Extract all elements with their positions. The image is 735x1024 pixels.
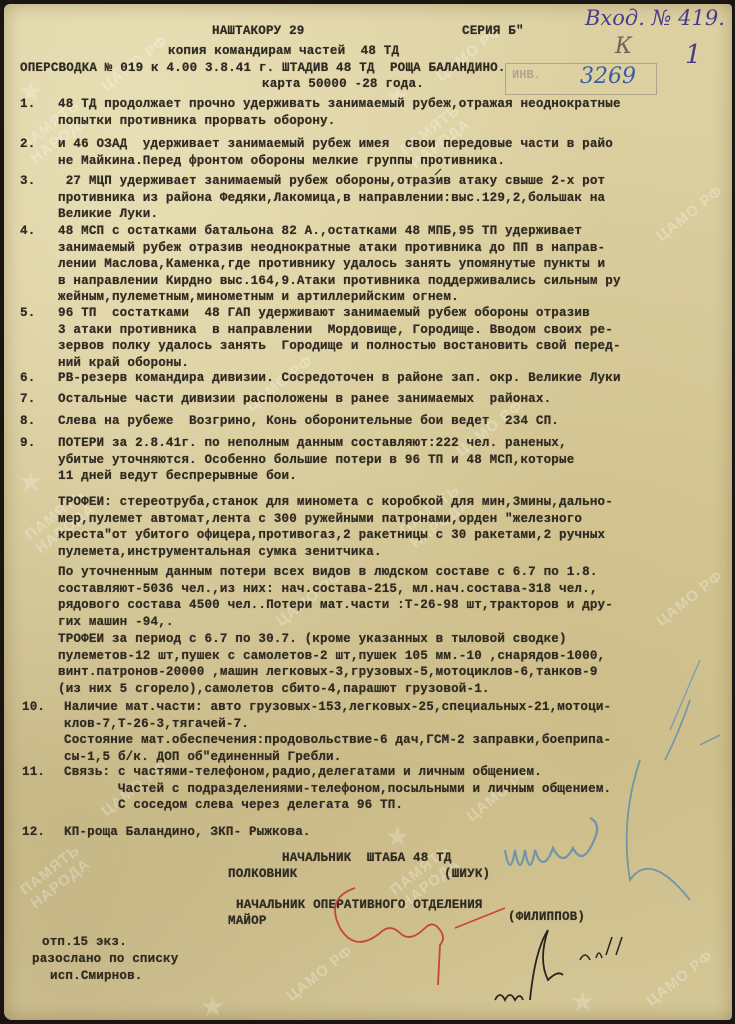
item-text-line: ПОТЕРИ за 2.8.41г. по неполным данным со…	[58, 436, 567, 450]
item-text-line: 27 МЦП удерживает занимаемый рубеж оборо…	[58, 174, 605, 188]
item-text-line: Связь: с частями-телефоном,радио,делегат…	[64, 765, 542, 779]
item-text-line: в направлении Кирдно выс.164,9.Атаки про…	[58, 274, 621, 288]
report-title: ОПЕРСВОДКА № 019 к 4.00 3.8.41 г. ШТАДИВ…	[20, 61, 506, 75]
stamp-faded-text: ИНВ.	[512, 68, 541, 82]
distribution-note: разослано по списку	[32, 952, 178, 966]
item-number: 5.	[20, 306, 35, 320]
item-text-line: клов-7,Т-26-3,тягачей-7.	[64, 717, 249, 731]
item-number: 6.	[20, 371, 35, 385]
item-number: 4.	[20, 224, 35, 238]
copies-count: отп.15 экз.	[42, 935, 127, 949]
item-text-line: 3 атаки противника в направлении Мордови…	[58, 323, 613, 337]
incoming-number: Вход. № 419.	[585, 6, 725, 30]
item-text-line: не Майкина.Перед фронтом обороны мелкие …	[58, 154, 505, 168]
item-text-line: попытки противника прорвать оборону.	[58, 114, 335, 128]
star-watermark-icon: ★	[385, 820, 410, 853]
item-number: 11.	[22, 765, 45, 779]
item-text-line: Частей с подразделениями-телефоном,посыл…	[64, 782, 611, 796]
ops-chief-title: НАЧАЛЬНИК ОПЕРАТИВНОГО ОТДЕЛЕНИЯ	[236, 898, 483, 912]
item-text-line: Состояние мат.обеспечения:продовольствие…	[64, 733, 611, 747]
handwritten-mark-k: К	[615, 34, 632, 59]
chief-of-staff-name: (ШИУК)	[444, 867, 490, 881]
map-reference: карта 50000 -28 года.	[262, 77, 424, 91]
star-watermark-icon: ★	[570, 985, 595, 1018]
item-text-line: сы-1,5 б/к. ДОП об"единенный Гребли.	[64, 750, 341, 764]
item-text-line: противника из района Федяки,Лакомица,в н…	[58, 191, 605, 205]
losses-line: составляют-5036 чел.,из них: нач.состава…	[58, 582, 598, 596]
series-label: СЕРИЯ Б"	[462, 24, 524, 38]
item-number: 10.	[22, 700, 45, 714]
item-text-line: и 46 ОЗАД удерживает занимаемый рубеж им…	[58, 137, 613, 151]
item-text-line: лении Маслова,Каменка,где противнику уда…	[58, 257, 605, 271]
item-text-line: Слева на рубеже Возгрино, Конь обороните…	[58, 414, 559, 428]
trophies-line: мер,пулемет автомат,лента с 300 ружейным…	[58, 512, 582, 526]
item-number: 8.	[20, 414, 35, 428]
losses-line: гих машин -94,.	[58, 615, 174, 629]
item-text-line: 48 ТД продолжает прочно удерживать заним…	[58, 97, 621, 111]
item-text-line: С соседом слева через делегата 96 ТП.	[64, 798, 403, 812]
item-text-line: жейным,пулеметным,минометным и артиллери…	[58, 290, 459, 304]
item-text-line: ний край обороны.	[58, 356, 189, 370]
trophies-line: пулемета,инструментальная сумка зенитчик…	[58, 545, 382, 559]
item-text-line: Наличие мат.части: авто грузовых-153,лег…	[64, 700, 611, 714]
trophies-period-line: пулеметов-12 шт,пушек с самолетов-2 шт,п…	[58, 649, 605, 663]
item-text-line: убитые уточняются. Особенно большие поте…	[58, 453, 574, 467]
chief-of-staff-title: НАЧАЛЬНИК ШТАБА 48 ТД	[282, 851, 452, 865]
item-text-line: РВ-резерв командира дивизии. Сосредоточе…	[58, 371, 621, 385]
item-text-line: занимаемый рубеж отразив неоднократные а…	[58, 241, 605, 255]
item-text-line: зервов полку удалось занять Городище и п…	[58, 339, 621, 353]
trophies-period-line: (из них 5 сгорело),самолетов сбито-4,пар…	[58, 682, 490, 696]
item-text-line: 11 дней ведут беспрерывные бои.	[58, 469, 297, 483]
stamp-number: 3269	[580, 64, 636, 89]
item-text-line: 48 МСП с остатками батальона 82 А.,остат…	[58, 224, 582, 238]
item-number: 9.	[20, 436, 35, 450]
item-number: 3.	[20, 174, 35, 188]
trophies-line: ТРОФЕИ: стереотруба,станок для миномета …	[58, 495, 613, 509]
item-text-line: Остальные части дивизии расположены в ра…	[58, 392, 551, 406]
item-text-line: КП-роща Баландино, ЗКП- Рыжкова.	[64, 825, 311, 839]
ops-chief-name: (ФИЛИППОВ)	[508, 910, 585, 924]
item-number: 1.	[20, 97, 35, 111]
item-number: 12.	[22, 825, 45, 839]
star-watermark-icon: ★	[200, 990, 225, 1023]
trophies-period-line: винт.патронов-20000 ,машин легковых-3,гр…	[58, 665, 598, 679]
star-watermark-icon: ★	[18, 465, 43, 498]
executor-note: исп.Смирнов.	[50, 969, 143, 983]
handwritten-mark-1: 1	[685, 40, 702, 70]
trophies-line: креста"от убитого офицера,противогаз,2 р…	[58, 528, 605, 542]
trophies-period-line: ТРОФЕИ за период с 6.7 по 30.7. (кроме у…	[58, 632, 567, 646]
item-text-line: 96 ТП состатками 48 ГАП удерживают заним…	[58, 306, 590, 320]
item-text-line: Великие Луки.	[58, 207, 158, 221]
losses-line: По уточненным данным потери всех видов в…	[58, 565, 598, 579]
item-number: 2.	[20, 137, 35, 151]
addressee: НАШТАКОРУ 29	[212, 24, 305, 38]
chief-of-staff-rank: ПОЛКОВНИК	[228, 867, 297, 881]
item-number: 7.	[20, 392, 35, 406]
ops-chief-rank: МАЙОР	[228, 914, 267, 928]
copy-to-line: копия командирам частей 48 ТД	[168, 44, 399, 58]
losses-line: рядового состава 4500 чел..Потери мат.ча…	[58, 598, 613, 612]
